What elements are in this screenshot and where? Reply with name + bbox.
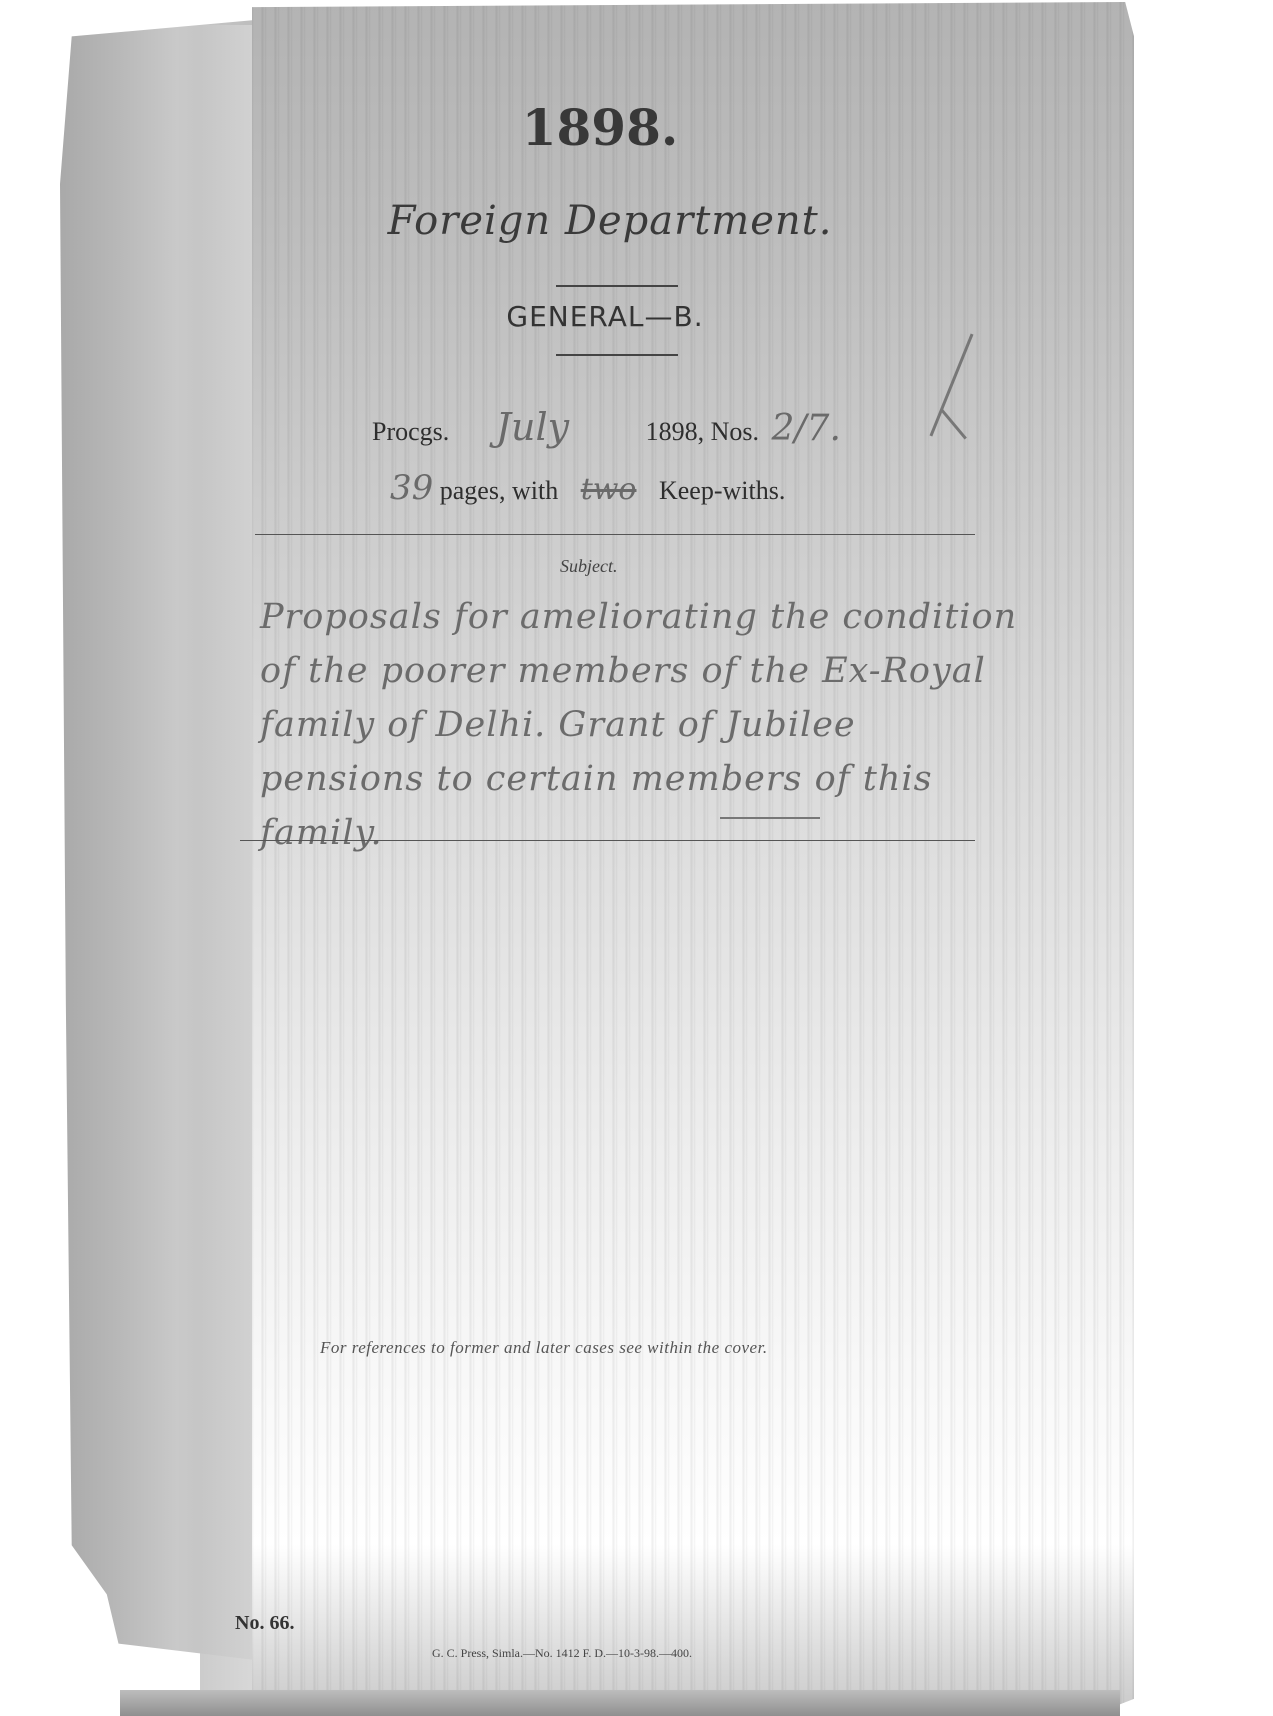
form-number: No. 66. xyxy=(235,1612,294,1635)
subject-line: of the poorer members of the Ex-Royal xyxy=(260,644,1060,698)
classification-heading: GENERAL—B. xyxy=(440,300,770,333)
rule-top xyxy=(556,285,678,287)
pages-with-label: pages, with xyxy=(440,476,558,505)
pages-line: 39 pages, with two Keep-withs. xyxy=(390,468,785,508)
subject-underline-flourish xyxy=(720,817,820,819)
subject-label: Subject. xyxy=(560,556,617,577)
subject-rule-bottom xyxy=(240,840,975,841)
rule-bottom xyxy=(556,354,678,356)
press-imprint: G. C. Press, Simla.—No. 1412 F. D.—10-3-… xyxy=(432,1646,692,1661)
proceedings-label: Procgs. xyxy=(372,417,449,446)
department-heading: Foreign Department. xyxy=(380,198,840,244)
proceedings-month: July xyxy=(496,405,569,449)
subject-line: Proposals for ameliorating the condition xyxy=(260,590,1060,644)
spine-fold xyxy=(200,25,255,1705)
keepwiths-count: two xyxy=(581,472,637,507)
scan-shadow-bottom xyxy=(120,1690,1120,1716)
keepwiths-label: Keep-withs. xyxy=(659,476,785,505)
subject-line: family. xyxy=(260,806,1060,860)
subject-line: family of Delhi. Grant of Jubilee xyxy=(260,698,1060,752)
subject-rule-top xyxy=(255,534,975,535)
proceedings-line: Procgs. July 1898, Nos. 2/7. xyxy=(372,405,841,449)
year-heading: 1898. xyxy=(500,98,700,157)
pages-count: 39 xyxy=(390,468,433,508)
proceedings-numbers: 2/7. xyxy=(772,408,841,449)
subject-text: Proposals for ameliorating the condition… xyxy=(260,590,1060,860)
references-note: For references to former and later cases… xyxy=(320,1338,768,1358)
proceedings-year-nos: 1898, Nos. xyxy=(646,417,759,446)
subject-line: pensions to certain members of this xyxy=(260,752,1060,806)
